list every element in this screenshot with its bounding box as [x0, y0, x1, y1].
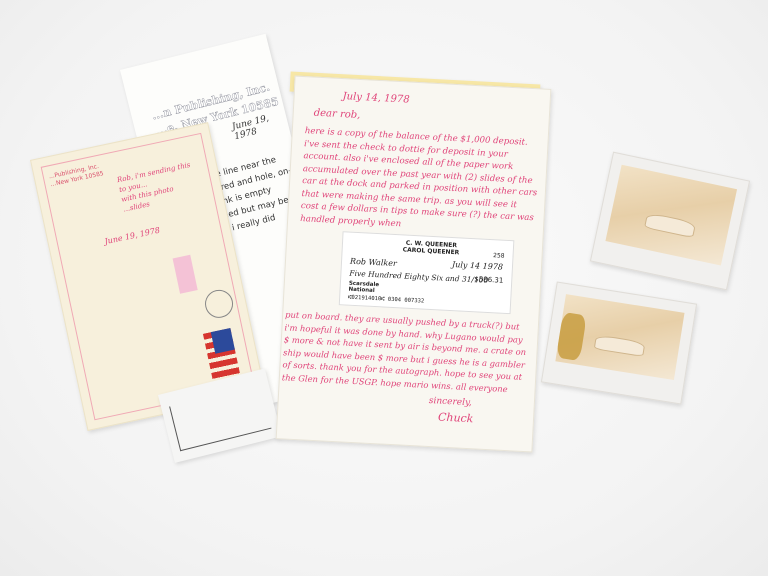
photo-car-1 — [590, 152, 750, 291]
check-micr-line: ⑆021914010⑆ 0304 007332 — [348, 295, 424, 305]
check-number: 258 — [493, 252, 505, 260]
photo-stain — [556, 312, 587, 361]
car-icon — [594, 335, 646, 357]
letter-salutation: dear rob, — [313, 108, 360, 121]
handwritten-letter: July 14, 1978 dear rob, here is a copy o… — [276, 76, 552, 453]
check-bank: Scarsdale National — [348, 281, 379, 295]
letter-body-top: here is a copy of the balance of the $1,… — [300, 125, 541, 237]
letter-date: July 14, 1978 — [342, 91, 409, 105]
check-date: July 14 1978 — [452, 260, 503, 272]
card-frame — [169, 384, 271, 451]
bank-check: C. W. QUEENER CAROL QUEENER 258 Rob Walk… — [339, 231, 515, 314]
car-icon — [644, 212, 695, 238]
photo-car-2 — [541, 282, 697, 405]
letter-closing: sincerely, — [429, 396, 472, 408]
letter-body-bottom: put on board. they are usually pushed by… — [282, 308, 532, 396]
check-account-holder: C. W. QUEENER CAROL QUEENER — [403, 239, 460, 256]
photo-image — [605, 165, 737, 266]
check-amount: $586.31 — [474, 275, 503, 285]
letter-signature: Chuck — [438, 411, 474, 426]
check-payee: Rob Walker — [350, 257, 397, 268]
photo-image — [555, 294, 684, 380]
